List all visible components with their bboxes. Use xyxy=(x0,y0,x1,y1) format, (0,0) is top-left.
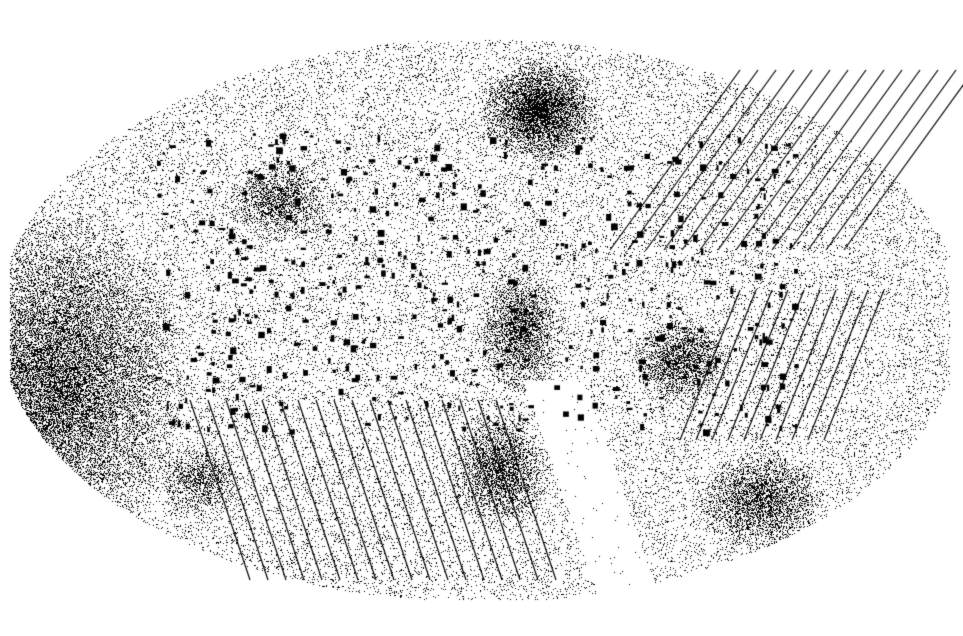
aerial-photograph xyxy=(0,0,963,636)
